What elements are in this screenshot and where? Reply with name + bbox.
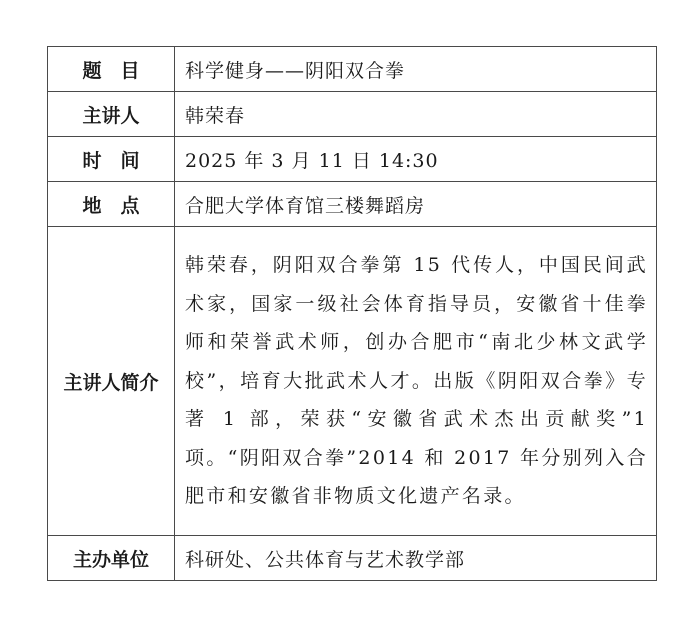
title-label: 题 目 (48, 47, 175, 92)
row-time: 时 间 2025 年 3 月 11 日 14:30 (48, 137, 657, 182)
organizer-label: 主办单位 (48, 536, 175, 581)
speaker-bio-value: 韩荣春，阴阳双合拳第 15 代传人，中国民间武术家，国家一级社会体育指导员，安徽… (175, 227, 657, 536)
row-location: 地 点 合肥大学体育馆三楼舞蹈房 (48, 182, 657, 227)
row-speaker: 主讲人 韩荣春 (48, 92, 657, 137)
row-organizer: 主办单位 科研处、公共体育与艺术教学部 (48, 536, 657, 581)
location-value: 合肥大学体育馆三楼舞蹈房 (175, 182, 657, 227)
row-speaker-bio: 主讲人简介 韩荣春，阴阳双合拳第 15 代传人，中国民间武术家，国家一级社会体育… (48, 227, 657, 536)
lecture-info-table: 题 目 科学健身——阴阳双合拳 主讲人 韩荣春 时 间 2025 年 3 月 1… (47, 46, 657, 581)
time-label: 时 间 (48, 137, 175, 182)
speaker-bio-label: 主讲人简介 (48, 227, 175, 536)
time-value: 2025 年 3 月 11 日 14:30 (175, 137, 657, 182)
location-label: 地 点 (48, 182, 175, 227)
speaker-label: 主讲人 (48, 92, 175, 137)
title-value: 科学健身——阴阳双合拳 (175, 47, 657, 92)
speaker-value: 韩荣春 (175, 92, 657, 137)
row-title: 题 目 科学健身——阴阳双合拳 (48, 47, 657, 92)
organizer-value: 科研处、公共体育与艺术教学部 (175, 536, 657, 581)
